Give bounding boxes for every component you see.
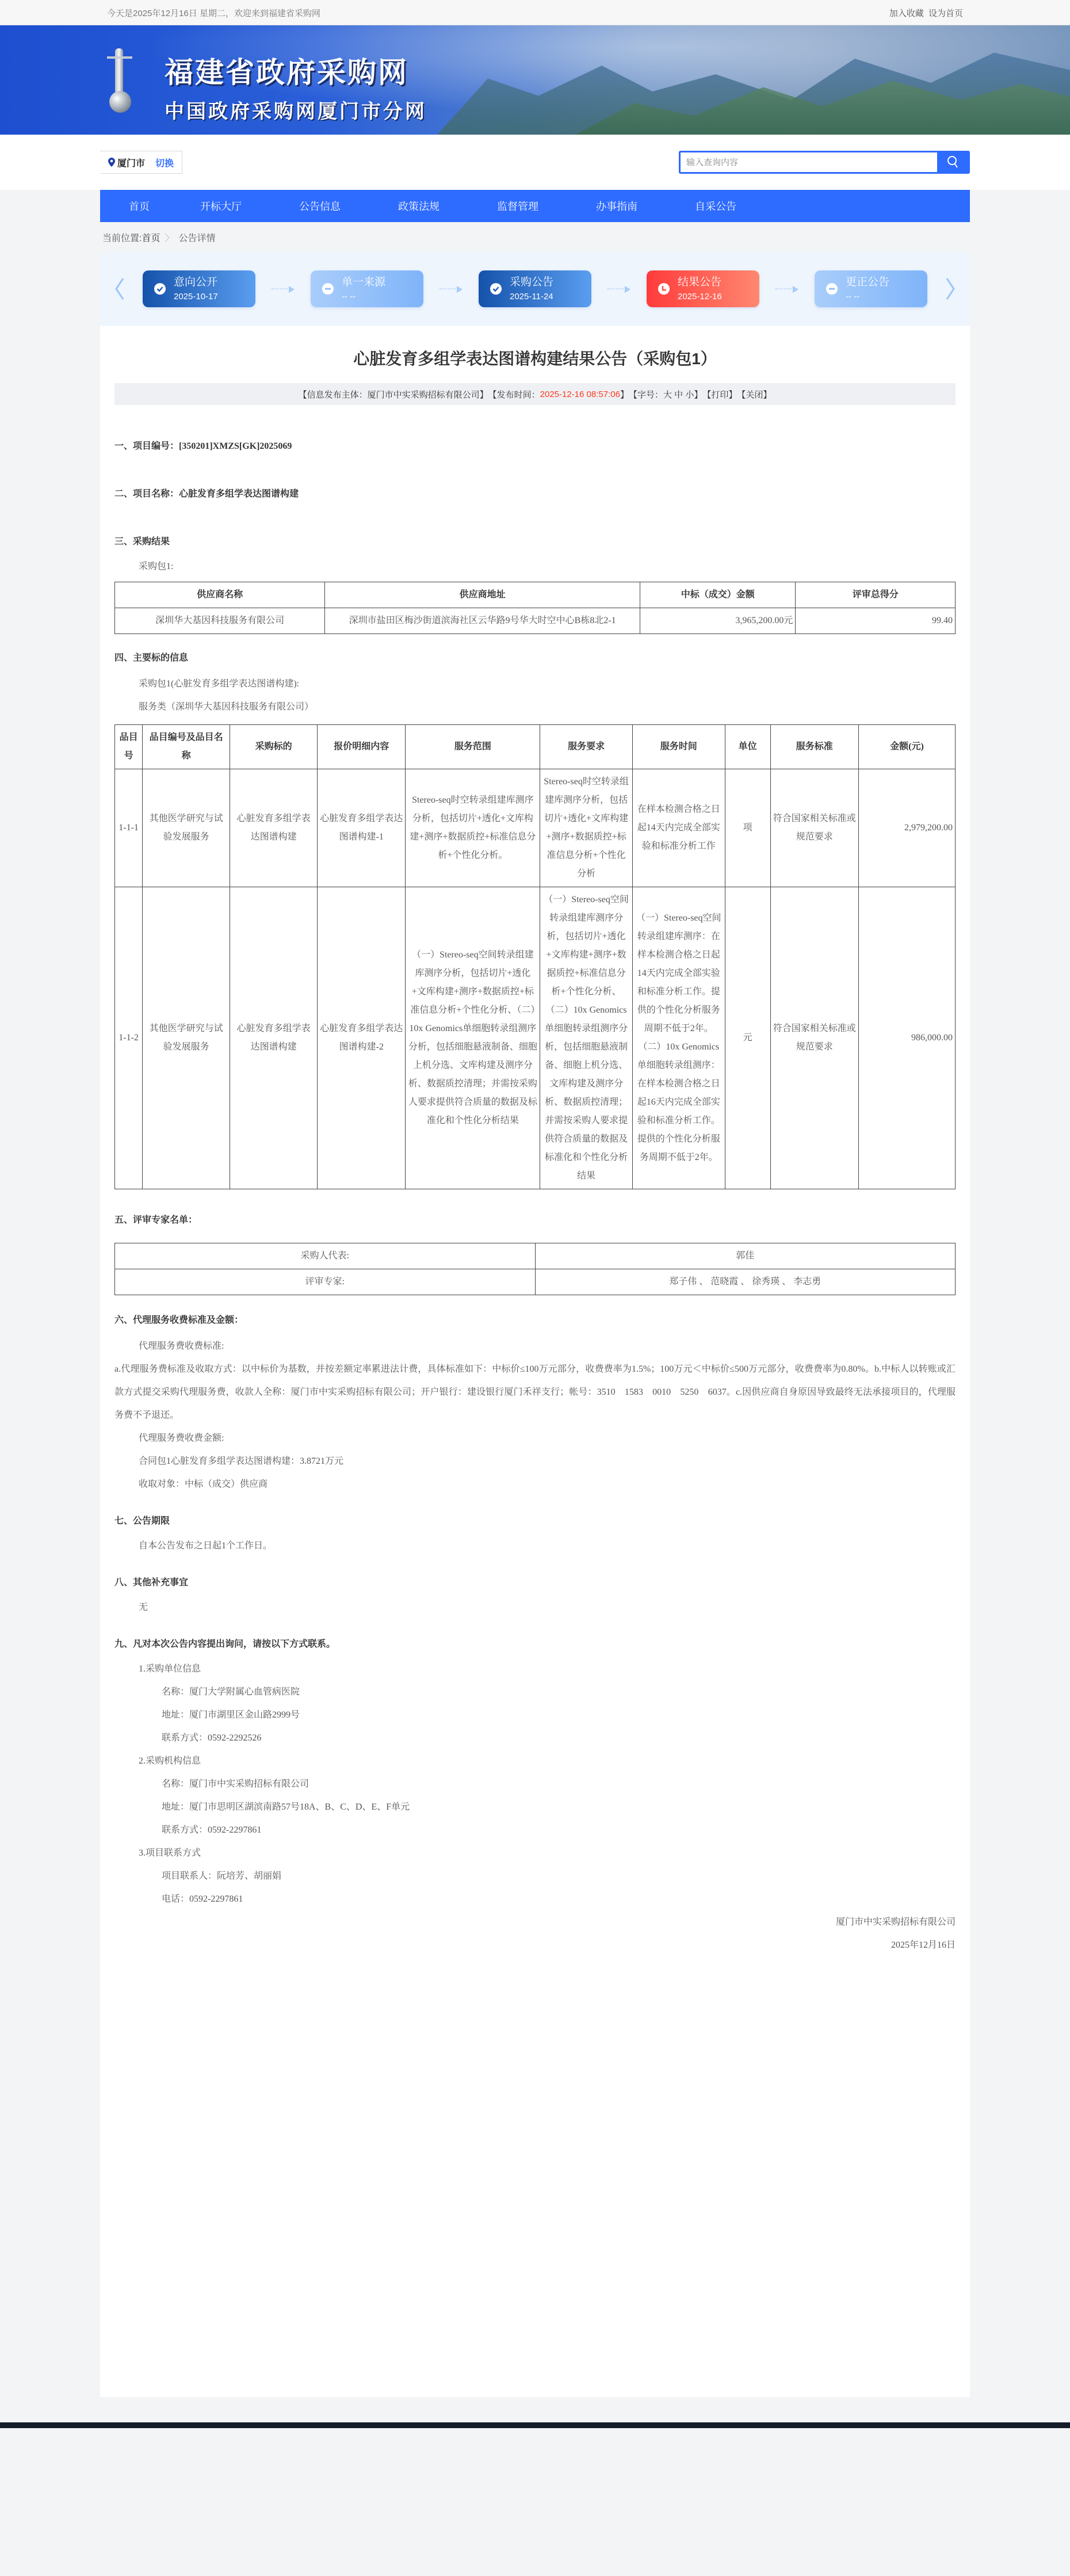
item-unit: 项 xyxy=(725,769,770,887)
col-header: 供应商名称 xyxy=(115,582,325,608)
supplier-name: 深圳华大基因科技服务有限公司 xyxy=(115,608,325,634)
col-header: 服务标准 xyxy=(770,725,858,769)
item-service-standard: 符合国家相关标准或规范要求 xyxy=(770,887,858,1189)
section-agency-fee: 六、代理服务收费标准及金额： xyxy=(114,1312,956,1326)
top-bar: 今天是2025年12月16日 星期二，欢迎来到福建省采购网 加入收藏 设为首页 xyxy=(0,0,1070,25)
item-subject: 心脏发育多组学表达图谱构建 xyxy=(230,769,318,887)
site-subtitle: 中国政府采购网厦门市分网 xyxy=(165,96,427,124)
publish-time: 2025-12-16 08:57:06 xyxy=(540,390,620,399)
step-connector-arrow xyxy=(272,286,295,292)
agency-info-title: 2.采购机构信息 xyxy=(114,1750,956,1773)
step-connector-arrow xyxy=(607,286,630,292)
col-header: 中标（成交）金额 xyxy=(640,582,796,608)
other-matters-text: 无 xyxy=(114,1596,956,1619)
nav-home[interactable]: 首页 xyxy=(129,199,150,213)
scales-of-justice-logo-icon xyxy=(107,44,132,113)
item-category: 其他医学研究与试验发展服务 xyxy=(143,887,230,1189)
greeting-text: 今天是2025年12月16日 星期二，欢迎来到福建省采购网 xyxy=(107,7,320,19)
nav-self-procurement[interactable]: 自采公告 xyxy=(695,199,736,213)
search-input[interactable] xyxy=(681,152,937,172)
result-table: 供应商名称 供应商地址 中标（成交）金额 评审总得分 深圳华大基因科技服务有限公… xyxy=(114,582,956,634)
table-row: 采购人代表: 郭佳 xyxy=(115,1243,956,1269)
minus-circle-icon xyxy=(826,283,838,295)
main-nav: 首页 开标大厅 公告信息 政策法规 监督管理 办事指南 自采公告 xyxy=(100,190,970,222)
item-service-time: （一）Stereo-seq空间转录组建库测序：在样本检测合格之日起14天内完成全… xyxy=(632,887,725,1189)
col-header: 采购标的 xyxy=(230,725,318,769)
buyer-phone: 联系方式：0592-2292526 xyxy=(114,1727,956,1750)
print-button[interactable]: 【打印】 xyxy=(702,388,737,400)
timeline-next-button[interactable] xyxy=(943,272,957,306)
col-header: 服务范围 xyxy=(406,725,540,769)
step-date: 2025-11-24 xyxy=(510,291,553,303)
col-header: 金额(元) xyxy=(858,725,955,769)
col-header: 单位 xyxy=(725,725,770,769)
step-label: 结果公告 xyxy=(678,275,722,290)
item-quote-detail: 心脏发育多组学表达图谱构建-1 xyxy=(318,769,406,887)
check-circle-icon xyxy=(490,283,502,295)
signature-org: 厦门市中实采购招标有限公司 xyxy=(114,1911,956,1934)
supplier-address: 深圳市盐田区梅沙街道滨海社区云华路9号华大时空中心B栋8北2-1 xyxy=(325,608,640,634)
switch-city-button[interactable]: 切换 xyxy=(155,156,174,169)
col-header: 服务要求 xyxy=(540,725,633,769)
col-header: 供应商地址 xyxy=(325,582,640,608)
notice-title: 心脏发育多组学表达图谱构建结果公告（采购包1） xyxy=(146,346,924,369)
experts-table: 采购人代表: 郭佳 评审专家: 郑子伟 、 范晓霞 、 徐秀瑛 、 李志勇 xyxy=(114,1243,956,1295)
step-date: -- -- xyxy=(846,291,889,303)
item-service-time: 在样本检测合格之日起14天内完成全部实验和标准分析工作 xyxy=(632,769,725,887)
project-contact-title: 3.项目联系方式 xyxy=(114,1842,956,1865)
step-label: 意向公开 xyxy=(174,275,218,290)
table-row: 评审专家: 郑子伟 、 范晓霞 、 徐秀瑛 、 李志勇 xyxy=(115,1269,956,1295)
section-project-name: 二、项目名称：心脏发育多组学表达图谱构建 xyxy=(114,486,956,499)
breadcrumb-current: 公告详情 xyxy=(178,231,215,244)
location-pin-icon xyxy=(108,158,115,167)
item-category: 其他医学研究与试验发展服务 xyxy=(143,769,230,887)
expert-role: 采购人代表: xyxy=(115,1243,536,1269)
step-connector-arrow xyxy=(775,286,798,292)
expert-role: 评审专家: xyxy=(115,1269,536,1295)
item-quote-detail: 心脏发育多组学表达图谱构建-2 xyxy=(318,887,406,1189)
col-header: 品目编号及品目名称 xyxy=(143,725,230,769)
package-label: 采购包1: xyxy=(114,555,956,578)
award-amount: 3,965,200.00元 xyxy=(640,608,796,634)
minus-circle-icon xyxy=(322,283,334,295)
publish-time-label: 【发布时间： xyxy=(488,388,540,400)
expert-names: 郑子伟 、 范晓霞 、 徐秀瑛 、 李志勇 xyxy=(535,1269,956,1295)
bracket: 】 xyxy=(620,388,629,400)
expert-names: 郭佳 xyxy=(535,1243,956,1269)
step-label: 更正公告 xyxy=(846,275,889,290)
current-city: 厦门市 xyxy=(117,156,145,169)
notice-period-text: 自本公告发布之日起1个工作日。 xyxy=(114,1535,956,1558)
search-box xyxy=(679,151,970,174)
step-connector-arrow xyxy=(440,286,463,292)
col-header: 品目号 xyxy=(115,725,143,769)
font-small-button[interactable]: 小 xyxy=(685,388,694,400)
font-medium-button[interactable]: 中 xyxy=(674,388,683,400)
col-header: 服务时间 xyxy=(632,725,725,769)
breadcrumb-home[interactable]: 首页 xyxy=(142,231,160,244)
section-main-items: 四、主要标的信息 xyxy=(114,650,956,663)
step-correction-notice[interactable]: 更正公告-- -- xyxy=(815,270,927,307)
step-date: 2025-12-16 xyxy=(678,291,722,303)
agency-address: 地址：厦门市思明区湖滨南路57号18A、B、C、D、E、F单元 xyxy=(114,1796,956,1819)
bracket: 】 xyxy=(694,388,702,400)
nav-announcements[interactable]: 公告信息 xyxy=(299,199,341,213)
item-number: 1-1-2 xyxy=(115,887,143,1189)
city-selector: 厦门市 切换 xyxy=(100,151,182,174)
fee-amount: 合同包1心脏发育多组学表达图谱构建：3.8721万元 xyxy=(114,1450,956,1473)
buyer-address: 地址：厦门市湖里区金山路2999号 xyxy=(114,1704,956,1727)
breadcrumb: 当前位置: 首页 〉 公告详情 xyxy=(100,222,970,252)
buyer-info-title: 1.采购单位信息 xyxy=(114,1658,956,1681)
step-date: -- -- xyxy=(342,291,385,303)
notice-content: 心脏发育多组学表达图谱构建结果公告（采购包1） 【信息发布主体： 厦门市中实采购… xyxy=(100,326,970,2397)
section-experts: 五、评审专家名单： xyxy=(114,1212,956,1226)
font-large-button[interactable]: 大 xyxy=(663,388,672,400)
section-contact: 九、凡对本次公告内容提出询问，请按以下方式联系。 xyxy=(114,1636,956,1650)
font-size-label: 【字号： xyxy=(629,388,663,400)
table-row: 1-1-2 其他医学研究与试验发展服务 心脏发育多组学表达图谱构建 心脏发育多组… xyxy=(115,887,956,1189)
add-favorite-link[interactable]: 加入收藏 xyxy=(889,9,924,18)
fee-standard-text: a.代理服务费标准及收取方式：以中标价为基数，并按差额定率累进法计费，具体标准如… xyxy=(114,1358,956,1427)
check-circle-icon xyxy=(154,283,166,295)
nav-bid-opening-hall[interactable]: 开标大厅 xyxy=(200,199,242,213)
notice-meta-bar: 【信息发布主体： 厦门市中实采购招标有限公司】 【发布时间： 2025-12-1… xyxy=(114,383,956,405)
step-label: 单一来源 xyxy=(342,275,385,290)
step-single-source[interactable]: 单一来源-- -- xyxy=(311,270,423,307)
nav-policies[interactable]: 政策法规 xyxy=(398,199,440,213)
step-result-notice[interactable]: 结果公告2025-12-16 xyxy=(647,270,759,307)
set-homepage-link[interactable]: 设为首页 xyxy=(928,9,963,18)
items-type-label: 服务类（深圳华大基因科技服务有限公司） xyxy=(114,696,956,719)
publisher-name: 厦门市中实采购招标有限公司】 xyxy=(368,388,488,400)
site-banner: 福建省政府采购网 中国政府采购网厦门市分网 xyxy=(0,25,1070,135)
publisher-label: 【信息发布主体： xyxy=(299,388,368,400)
breadcrumb-prefix: 当前位置: xyxy=(102,231,142,244)
fee-amount-label: 代理服务费收费金额: xyxy=(114,1427,956,1450)
buyer-name: 名称：厦门大学附属心血管病医院 xyxy=(114,1681,956,1704)
fee-target: 收取对象：中标（成交）供应商 xyxy=(114,1473,956,1496)
chevron-left-icon xyxy=(114,277,125,300)
item-subject: 心脏发育多组学表达图谱构建 xyxy=(230,887,318,1189)
site-title: 福建省政府采购网 xyxy=(165,49,408,91)
nav-supervision[interactable]: 监督管理 xyxy=(497,199,538,213)
step-procurement-notice[interactable]: 采购公告2025-11-24 xyxy=(479,270,591,307)
step-date: 2025-10-17 xyxy=(174,291,218,303)
footer-bar xyxy=(0,2422,1070,2428)
section-notice-period: 七、公告期限 xyxy=(114,1513,956,1526)
section-other-matters: 八、其他补充事宜 xyxy=(114,1575,956,1588)
nav-guide[interactable]: 办事指南 xyxy=(596,199,637,213)
col-header: 报价明细内容 xyxy=(318,725,406,769)
fee-standard-label: 代理服务费收费标准: xyxy=(114,1335,956,1358)
signature-date: 2025年12月16日 xyxy=(114,1934,956,1957)
section-result-heading: 三、采购结果 xyxy=(114,534,956,547)
col-header: 评审总得分 xyxy=(796,582,956,608)
item-service-scope: Stereo-seq时空转录组建库测序分析，包括切片+透化+文库构建+测序+数据… xyxy=(406,769,540,887)
item-service-standard: 符合国家相关标准或规范要求 xyxy=(770,769,858,887)
agency-phone: 联系方式：0592-2297861 xyxy=(114,1819,956,1842)
project-contact-person: 项目联系人：阮培芳、胡丽娟 xyxy=(114,1865,956,1888)
header-row: 厦门市 切换 xyxy=(0,135,1070,190)
section-project-number: 一、项目编号：[350201]XMZS[GK]2025069 xyxy=(114,438,956,452)
agency-name: 名称：厦门市中实采购招标有限公司 xyxy=(114,1773,956,1796)
step-intent-disclosure[interactable]: 意向公开2025-10-17 xyxy=(143,270,255,307)
top-links: 加入收藏 设为首页 xyxy=(887,7,963,19)
items-package-label: 采购包1(心脏发育多组学表达图谱构建): xyxy=(114,673,956,696)
item-service-requirement: Stereo-seq时空转录组建库测序分析，包括切片+透化+文库构建+测序+数据… xyxy=(540,769,633,887)
chevron-right-icon xyxy=(945,277,956,300)
procurement-timeline: 意向公开2025-10-17 单一来源-- -- 采购公告2025-11-24 … xyxy=(100,252,970,326)
table-row: 1-1-1 其他医学研究与试验发展服务 心脏发育多组学表达图谱构建 心脏发育多组… xyxy=(115,769,956,887)
timeline-prev-button[interactable] xyxy=(113,272,127,306)
search-button[interactable] xyxy=(937,152,968,172)
notice-body: 一、项目编号：[350201]XMZS[GK]2025069 二、项目名称：心脏… xyxy=(146,438,924,1957)
item-service-scope: （一）Stereo-seq空间转录组建库测序分析，包括切片+透化+文库构建+测序… xyxy=(406,887,540,1189)
project-contact-phone: 电话：0592-2297861 xyxy=(114,1888,956,1911)
clock-icon xyxy=(658,283,670,295)
step-label: 采购公告 xyxy=(510,275,553,290)
item-service-requirement: （一）Stereo-seq空间转录组建库测序分析，包括切片+透化+文库构建+测序… xyxy=(540,887,633,1189)
table-row: 深圳华大基因科技服务有限公司 深圳市盐田区梅沙街道滨海社区云华路9号华大时空中心… xyxy=(115,608,956,634)
breadcrumb-separator: 〉 xyxy=(165,231,174,244)
close-button[interactable]: 【关闭】 xyxy=(737,388,771,400)
search-icon xyxy=(947,155,958,169)
items-table: 品目号 品目编号及品目名称 采购标的 报价明细内容 服务范围 服务要求 服务时间… xyxy=(114,724,956,1189)
item-unit: 元 xyxy=(725,887,770,1189)
item-amount: 2,979,200.00 xyxy=(858,769,955,887)
item-number: 1-1-1 xyxy=(115,769,143,887)
item-amount: 986,000.00 xyxy=(858,887,955,1189)
review-score: 99.40 xyxy=(796,608,956,634)
